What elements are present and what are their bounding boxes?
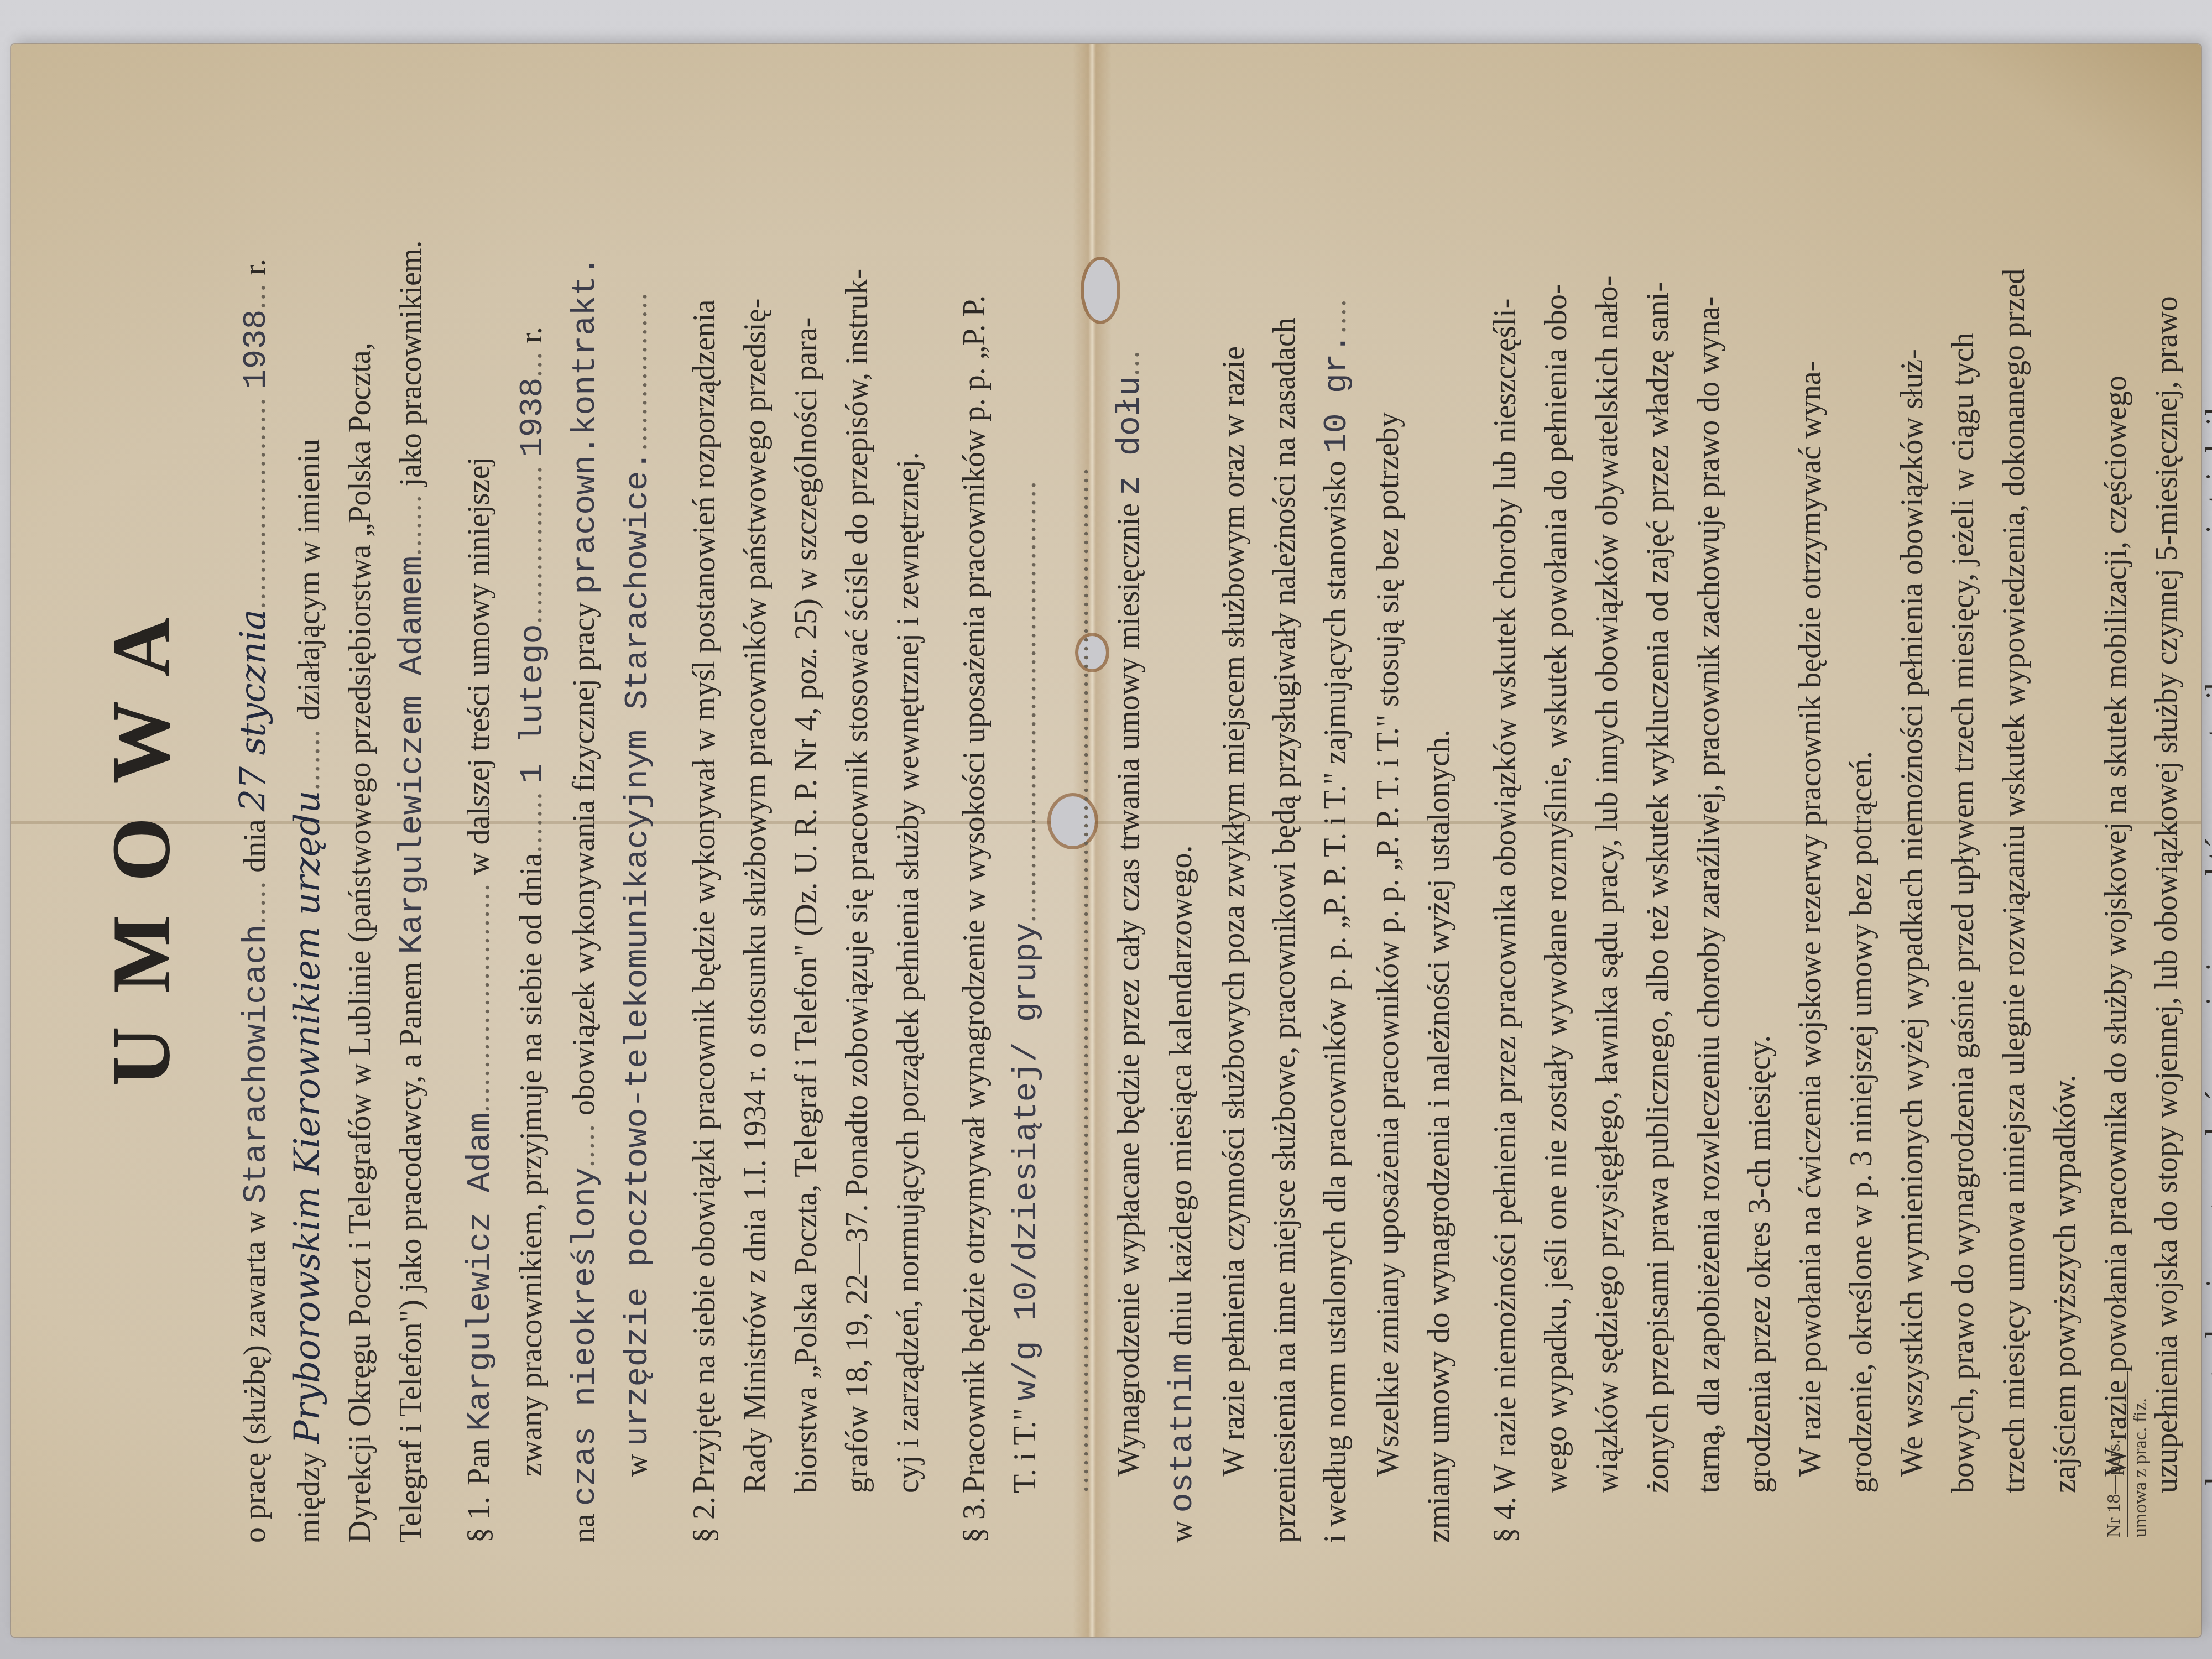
section-4-line: trzech miesięcy umowa niniejsza ulegnie … [1989, 127, 2039, 1543]
intro-line-1: o pracę (służbę) zawarta w Starachowicac… [228, 127, 282, 1543]
section-1-line-3: na czas nieokreślony..... obowiązek wyko… [559, 127, 611, 1543]
start-date-field: 1 lutego [514, 624, 552, 784]
date-field: 27 stycznia [233, 609, 274, 811]
year-field: 1938 [238, 309, 275, 389]
section-4-line: We wszystkich wymienionych wyżej wypadka… [1887, 127, 1938, 1543]
section-2-line: grafów 18, 19, 22—37. Ponadto zobowiązuj… [832, 127, 883, 1543]
section-3-line: przeniesienia na inne miejsce służbowe, … [1259, 127, 1310, 1543]
payment-day-field: ostatnim [1164, 1354, 1202, 1513]
section-3-line: W razie pełnienia czynności służbowych p… [1208, 127, 1259, 1543]
intro-line-4: Telegraf i Telefon") jako pracodawcy, a … [385, 127, 438, 1543]
work-type-field: pracown.kontrakt. [567, 256, 604, 594]
representative-field: Pryborowskim Kierownikiem urzędu [287, 790, 328, 1444]
form-number: Nr 18—pers. [2104, 1371, 2125, 1537]
section-3-blank-line: ........................................… [1052, 127, 1103, 1543]
section-2-line: biorstwa „Polska Poczta, Telegraf i Tele… [781, 127, 832, 1543]
section-4-line: grodzenie, określone w p. 3 niniejszej u… [1836, 127, 1887, 1543]
section-4-line: do wynagrodzenia wygasa z końcem miesiąc… [2192, 127, 2212, 1543]
section-4-line: tarną, dla zapobieżenia rozwleczeniu cho… [1683, 127, 1734, 1543]
section-3-line: i według norm ustalonych dla pracowników… [1310, 127, 1363, 1543]
section-3-line: T. i T." w/g 10/dziesiątej/ grupy.......… [1000, 127, 1052, 1543]
form-name: umowa z prac. fiz. [2130, 1371, 2151, 1537]
footer-rule [2127, 1371, 2128, 1537]
section-1-line-2: zwany pracownikiem, przyjmuje na siebie … [506, 127, 559, 1543]
section-3-line: Wszelkie zmiany uposażenia pracowników p… [1363, 127, 1413, 1543]
duration-field: czas nieokreślony [567, 1167, 604, 1506]
office-field: urzędzie pocztowo-telekomunikacyjnym Sta… [619, 451, 657, 1446]
section-4-line: grodzenia przez okres 3-ch miesięcy. [1734, 127, 1785, 1543]
section-4-line: § 4.W razie niemożności pełnienia przez … [1480, 127, 1531, 1543]
section-4-line: W razie powołania na ćwiczenia wojskowe … [1785, 127, 1836, 1543]
section-2-line: Rady Ministrów z dnia 1.I. 1934 r. o sto… [730, 127, 781, 1543]
section-3-line: zmiany umowy do wynagrodzenia i należnoś… [1413, 127, 1464, 1543]
start-year-field: 1938 [514, 378, 552, 457]
document-title: UMOWA [94, 127, 189, 1543]
section-4-line: bowych, prawo do wynagrodzenia gaśnie pr… [1938, 127, 1989, 1543]
section-3-payment-line: Wynagrodzenie wypłacane będzie przez cał… [1103, 127, 1156, 1543]
section-4-line: wego wypadku, jeśli one nie zostały wywo… [1531, 127, 1582, 1543]
salary-group-field: w/g 10/dziesiątej/ grupy [1008, 922, 1046, 1400]
section-3-payment-line: w ostatnim dniu każdego miesiąca kalenda… [1156, 127, 1208, 1543]
position-rate-field: 10 gr. [1318, 333, 1356, 453]
contract-document: UMOWA o pracę (służbę) zawarta w Starach… [11, 44, 2201, 1637]
employee-name-field: Kargulewicz Adam [462, 1113, 499, 1431]
section-4-line: zajściem powyższych wypadków. [2039, 127, 2090, 1543]
document-body: UMOWA o pracę (służbę) zawarta w Starach… [94, 127, 2212, 1543]
intro-line-3: Dyrekcji Okręgu Poczt i Telegrafów w Lub… [335, 127, 385, 1543]
section-4-line: żonych przepisami prawa publicznego, alb… [1632, 127, 1683, 1543]
form-footer: Nr 18—pers. umowa z prac. fiz. [2104, 1371, 2151, 1537]
section-2-line: § 2.Przyjęte na siebie obowiązki pracown… [679, 127, 730, 1543]
section-2-line: cyj i zarządzeń, normujących porządek pe… [883, 127, 933, 1543]
payment-mode-field: z dołu [1112, 376, 1149, 495]
section-3-line: § 3.Pracownik będzie otrzymywał wynagrod… [949, 127, 1000, 1543]
section-4-line: W razie powołania pracownika do służby w… [2090, 127, 2141, 1543]
section-1-line-4: w urzędzie pocztowo-telekomunikacyjnym S… [611, 127, 664, 1543]
place-field: Starachowicach [238, 925, 275, 1203]
section-4-line: wiązków sędziego przysięgłego, ławnika s… [1582, 127, 1632, 1543]
employee-instrumental-field: Kargulewiczem Adamem [394, 556, 431, 954]
intro-line-2: między Pryborowskim Kierownikiem urzędu.… [282, 127, 335, 1543]
section-4-line: uzupełnienia wojska do stopy wojennej, l… [2141, 127, 2192, 1543]
section-1-line-1: § 1. Pan Kargulewicz Adam...............… [453, 127, 506, 1543]
